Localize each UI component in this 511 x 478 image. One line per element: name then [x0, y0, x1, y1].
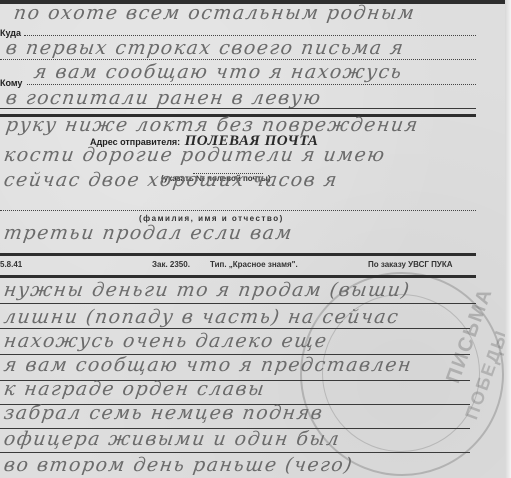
handwriting-line: кости дорогие родители я имею — [2, 144, 387, 166]
handwriting-line: я вам сообщаю что я нахожусь — [32, 61, 404, 83]
name-line — [0, 210, 476, 211]
handwriting-line: сейчас двое хороших часов я — [2, 169, 339, 191]
to-whom-line-2 — [0, 108, 476, 109]
handwriting-line: лишни (попаду в часть) на сейчас — [2, 306, 400, 328]
printer-name: Тип. „Красное знамя". — [210, 260, 298, 269]
ruled-line — [0, 452, 470, 453]
handwriting-line: нужны деньги то я продам (выши) — [2, 279, 411, 301]
to-line-2 — [0, 59, 476, 60]
handwriting-line: во втором день раньше (чего) — [2, 454, 354, 476]
to-whom-line — [27, 84, 476, 85]
imprint-top-rule — [0, 253, 476, 256]
handwriting-line: по охоте всем остальным родным — [12, 2, 416, 24]
letter-paper: ПИСЬМА ПОБЕДЫ по охоте всем остальным ро… — [0, 4, 505, 478]
to-line — [24, 35, 476, 36]
scan-right-edge — [505, 0, 511, 478]
handwriting-line: нахожусь очень далеко еще — [2, 330, 329, 352]
order-number: Зак. 2350. — [152, 260, 190, 269]
handwriting-line: я вам сообщаю что я представлен — [2, 354, 413, 376]
commissioned-by: По заказу УВСГ ПУКА — [368, 260, 453, 269]
imprint-bottom-rule — [0, 275, 476, 278]
handwriting-line: к награде орден славы — [2, 378, 266, 400]
handwriting-line: в первых строках своего письма я — [4, 37, 405, 59]
ruled-line — [0, 328, 470, 329]
handwriting-line: забрал семь немцев подняв — [2, 402, 325, 424]
handwriting-line: в госпитали ранен в левую — [4, 87, 323, 109]
print-date: 5.8.41 — [0, 260, 22, 269]
handwriting-line: офицера живыми и один был — [2, 428, 341, 450]
ruled-line — [0, 303, 476, 304]
handwriting-line: третьи продал если вам — [2, 222, 294, 244]
